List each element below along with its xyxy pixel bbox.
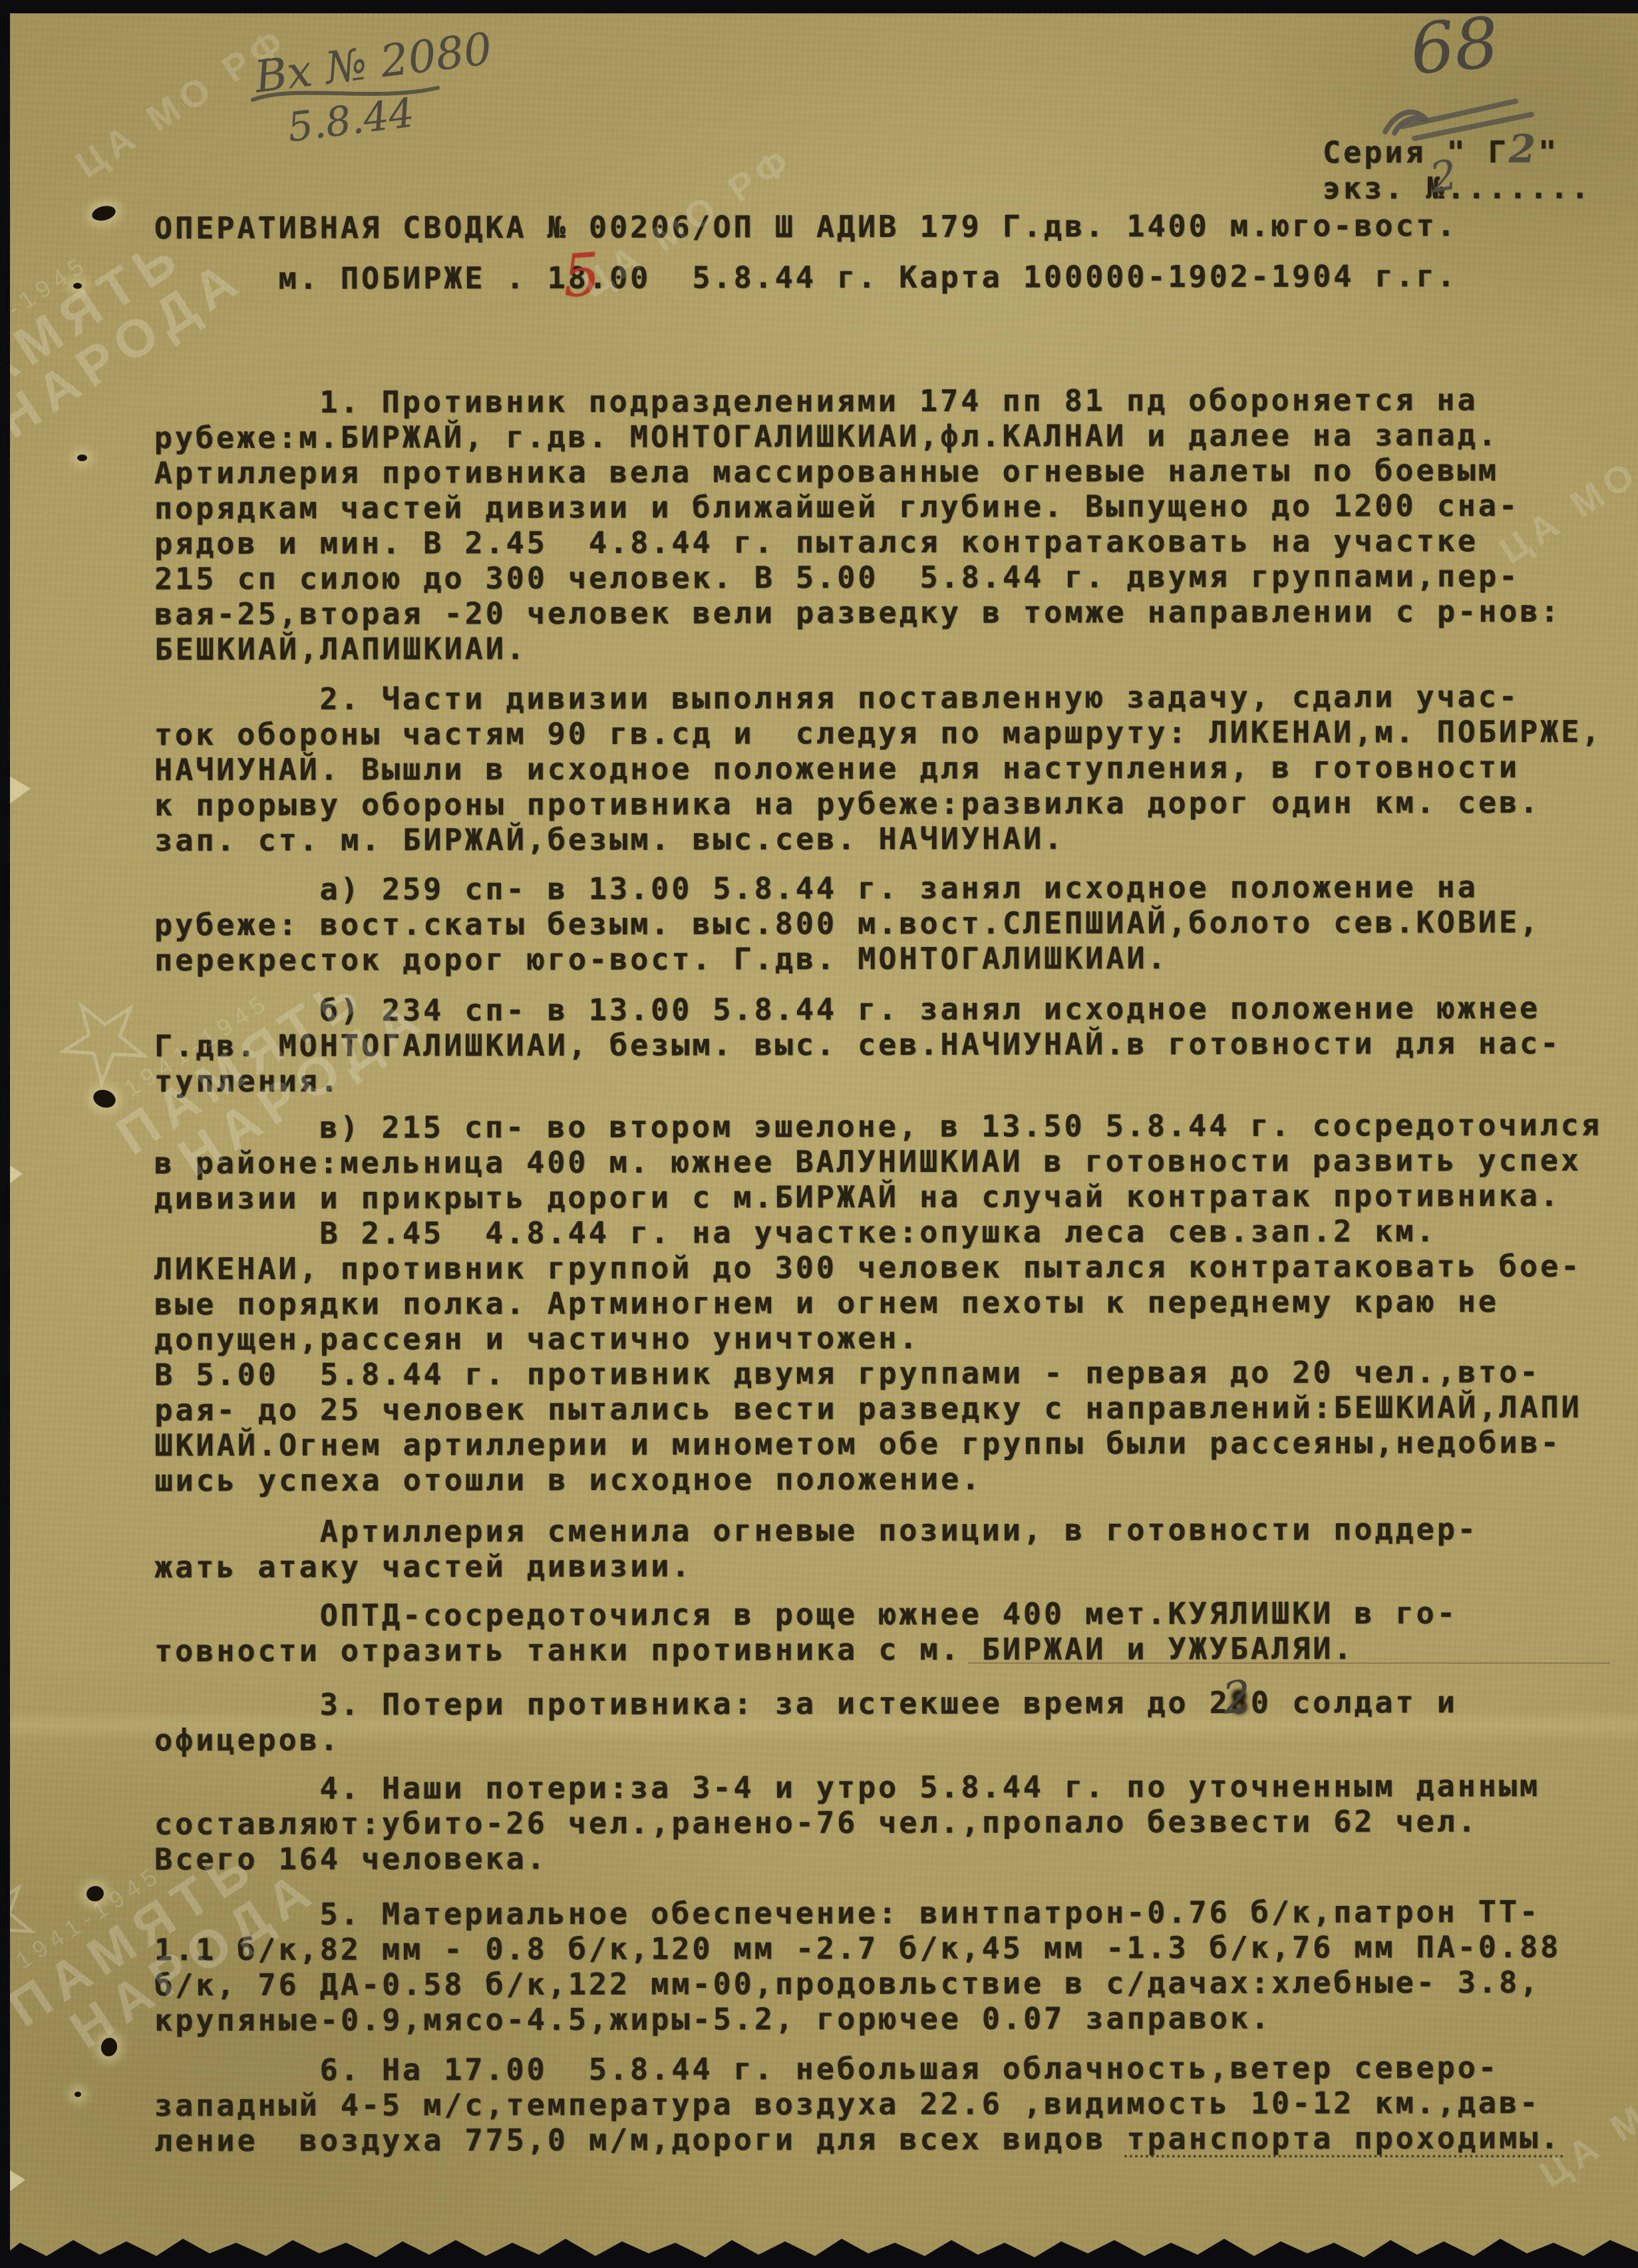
page-number-pencil: 68 (1407, 1, 1502, 90)
dotted-underline (1124, 2155, 1563, 2158)
pencil-digit-over-blot: 2 (1220, 1670, 1253, 1724)
paragraph-artillery: Артиллерия сменила огневые позиции, в го… (154, 1511, 1628, 1585)
paragraph-3-text: 3. Потери противника: за истекшее время … (154, 1685, 1230, 1722)
paragraph-3: 3. Потери противника: за истекшее время … (154, 1684, 1628, 1758)
left-scan-edge (0, 0, 10, 2268)
paragraph-1: 1. Противник подразделениями 174 пп 81 п… (154, 382, 1629, 667)
paragraph-4: 4. Наши потери:за 3-4 и утро 5.8.44 г. п… (154, 1768, 1628, 1877)
scanned-document-page: ОПЕРАТИВНАЯ СВОДКА № 00206/ОП Ш АДИВ 179… (0, 0, 1638, 2268)
paragraph-2v: в) 215 сп- во втором эшелоне, в 13.50 5.… (154, 1107, 1628, 1499)
paragraph-2: 2. Части дивизии выполняя поставленную з… (154, 679, 1629, 858)
copy-number-line: экз. №....... (1323, 170, 1629, 206)
report-title-line2: м. ПОБИРЖЕ . 18.00 5.8.44 г. Карта 10000… (154, 258, 1628, 297)
paragraph-5: 5. Материальное обеспечение: винтпатрон-… (154, 1894, 1628, 2038)
faint-underline (968, 1662, 1610, 1664)
report-title-line1: ОПЕРАТИВНАЯ СВОДКА № 00206/ОП Ш АДИВ 179… (154, 208, 1628, 246)
paragraph-6: 6. На 17.00 5.8.44 г. небольшая облачнос… (154, 2050, 1628, 2159)
paper-speck (75, 2092, 81, 2097)
paragraph-optd: ОПТД-сосредоточился в роще южнее 400 мет… (154, 1595, 1628, 1669)
top-scan-edge (0, 0, 1638, 13)
bottom-torn-edge (0, 2236, 1638, 2263)
paper-speck (77, 455, 87, 461)
pencil-scribble (1371, 85, 1557, 152)
